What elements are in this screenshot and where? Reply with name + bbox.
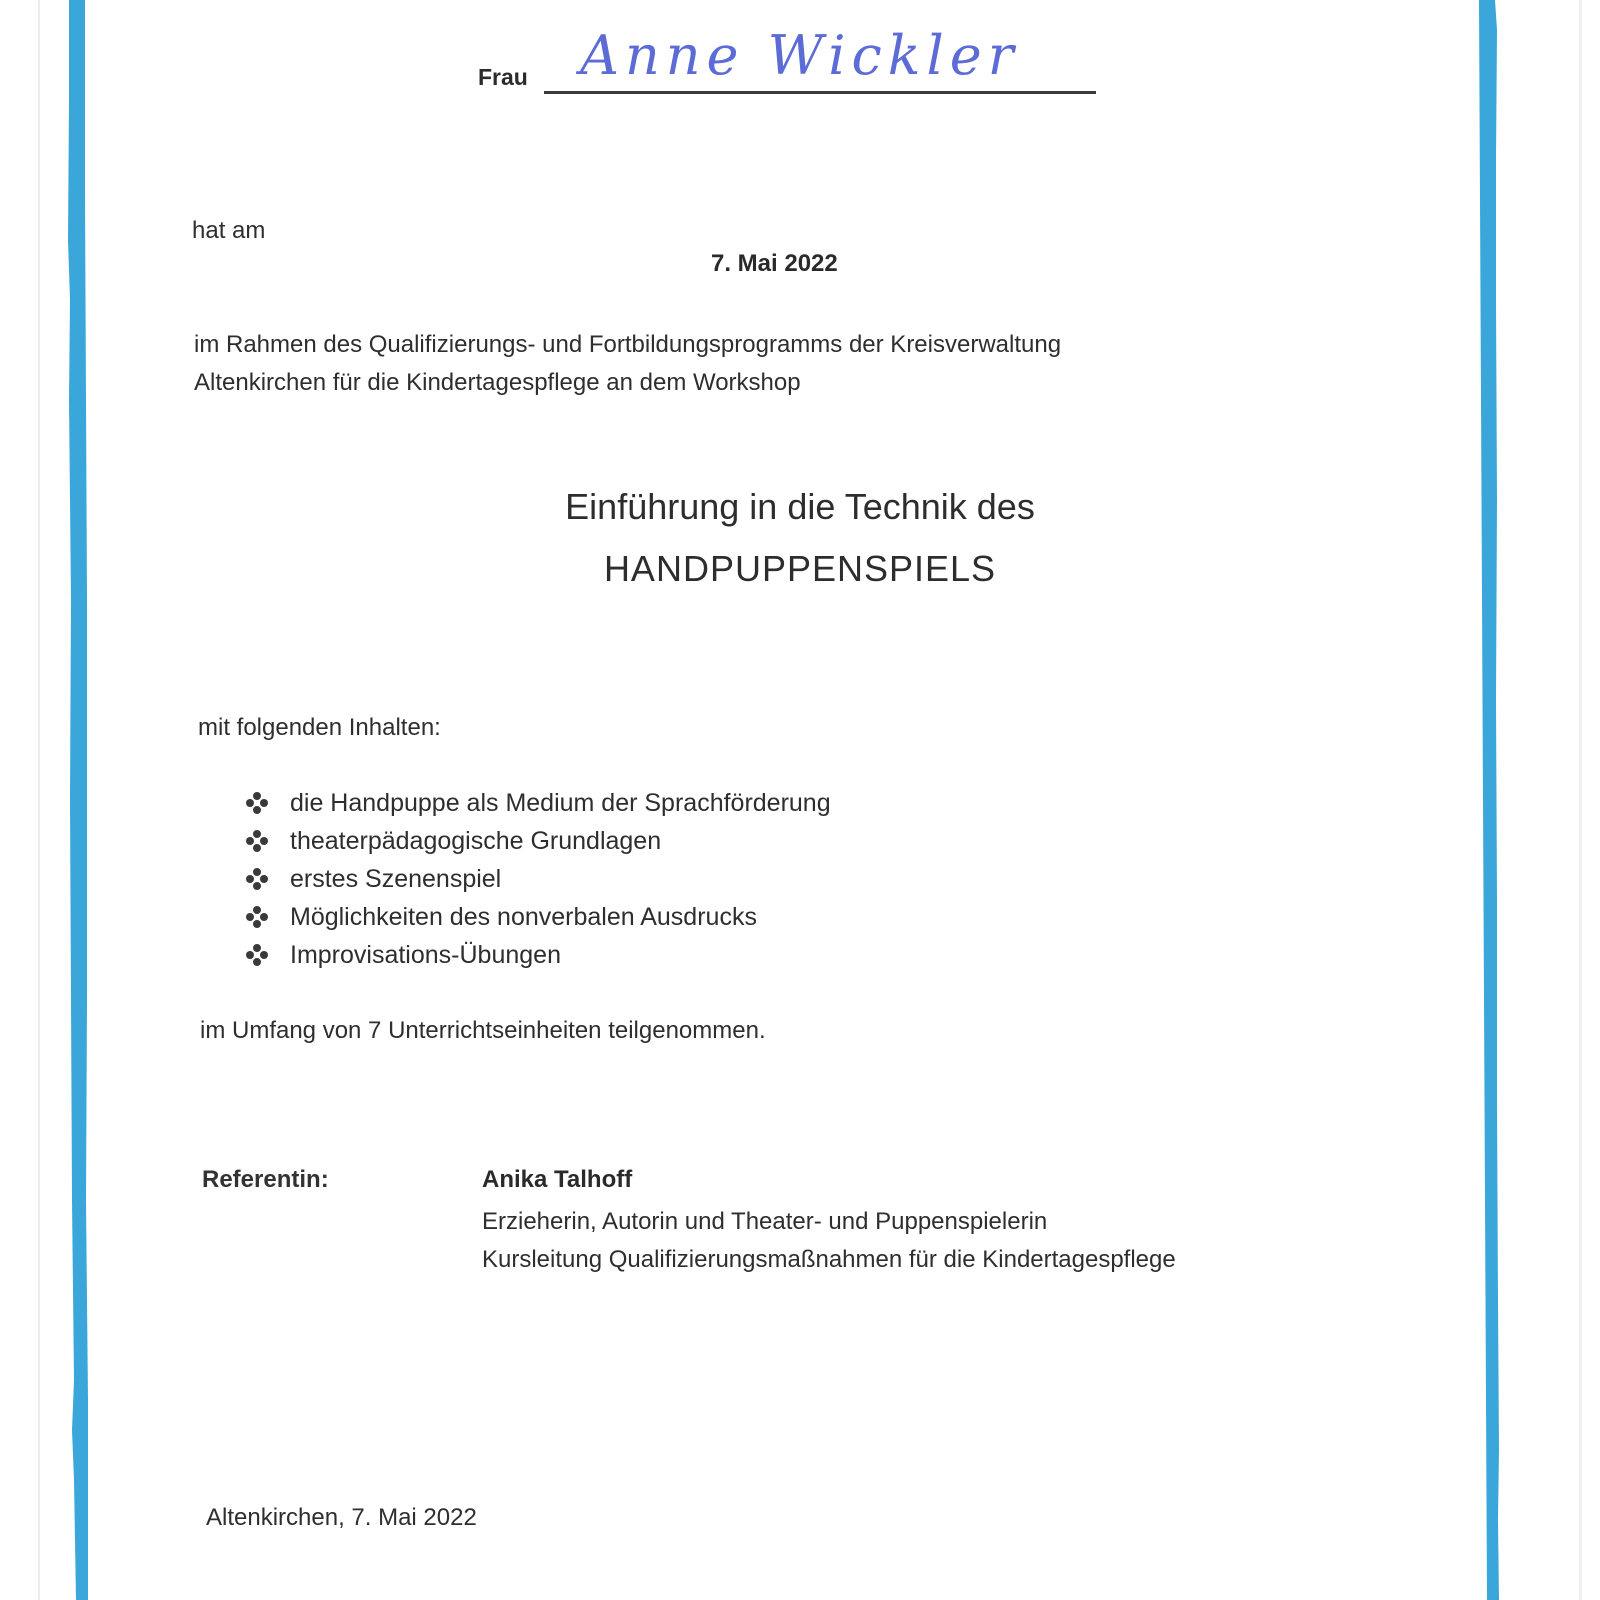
intro-label: hat am	[192, 217, 265, 245]
contents-list: die Handpuppe als Medium der Sprachförde…	[246, 784, 831, 974]
salutation-label: Frau	[478, 64, 528, 91]
list-item: die Handpuppe als Medium der Sprachförde…	[246, 784, 831, 822]
speaker-description-line: Erzieherin, Autorin und Theater- und Pup…	[482, 1203, 1176, 1241]
intro-text: im Rahmen des Qualifizierungs- und Fortb…	[194, 326, 1061, 402]
event-date: 7. Mai 2022	[711, 250, 838, 278]
four-dot-diamond-bullet-icon	[246, 906, 268, 928]
list-item: theaterpädagogische Grundlagen	[246, 822, 831, 860]
blue-border-right	[1478, 0, 1500, 1600]
list-item: erstes Szenenspiel	[246, 860, 831, 898]
list-item-text: die Handpuppe als Medium der Sprachförde…	[290, 789, 831, 818]
participant-name-handwritten: Anne Wickler	[580, 24, 1020, 87]
workshop-title-line-1: Einführung in die Technik des	[0, 486, 1600, 528]
intro-line: Altenkirchen für die Kindertagespflege a…	[194, 364, 1061, 402]
four-dot-diamond-bullet-icon	[246, 868, 268, 890]
intro-line: im Rahmen des Qualifizierungs- und Fortb…	[194, 326, 1061, 364]
list-item-text: theaterpädagogische Grundlagen	[290, 827, 661, 856]
speaker-description: Erzieherin, Autorin und Theater- und Pup…	[482, 1203, 1176, 1279]
contents-label: mit folgenden Inhalten:	[198, 714, 441, 742]
list-item: Möglichkeiten des nonverbalen Ausdrucks	[246, 898, 831, 936]
four-dot-diamond-bullet-icon	[246, 944, 268, 966]
workshop-title-line-2: HANDPUPPENSPIELS	[0, 548, 1600, 590]
four-dot-diamond-bullet-icon	[246, 830, 268, 852]
speaker-label: Referentin:	[202, 1166, 329, 1194]
participant-name-row: Frau Anne Wickler	[478, 52, 1098, 102]
four-dot-diamond-bullet-icon	[246, 792, 268, 814]
list-item-text: Möglichkeiten des nonverbalen Ausdrucks	[290, 903, 757, 932]
speaker-name: Anika Talhoff	[482, 1166, 632, 1194]
scope-text: im Umfang von 7 Unterrichtseinheiten tei…	[200, 1017, 766, 1045]
signature-line	[544, 91, 1096, 94]
paper-edge-left	[38, 0, 40, 1600]
list-item-text: erstes Szenenspiel	[290, 865, 501, 894]
speaker-description-line: Kursleitung Qualifizierungsmaßnahmen für…	[482, 1241, 1176, 1279]
list-item-text: Improvisations-Übungen	[290, 941, 561, 970]
place-and-date: Altenkirchen, 7. Mai 2022	[206, 1504, 477, 1532]
blue-border-left	[66, 0, 88, 1600]
list-item: Improvisations-Übungen	[246, 936, 831, 974]
paper-edge-right	[1579, 0, 1582, 1600]
